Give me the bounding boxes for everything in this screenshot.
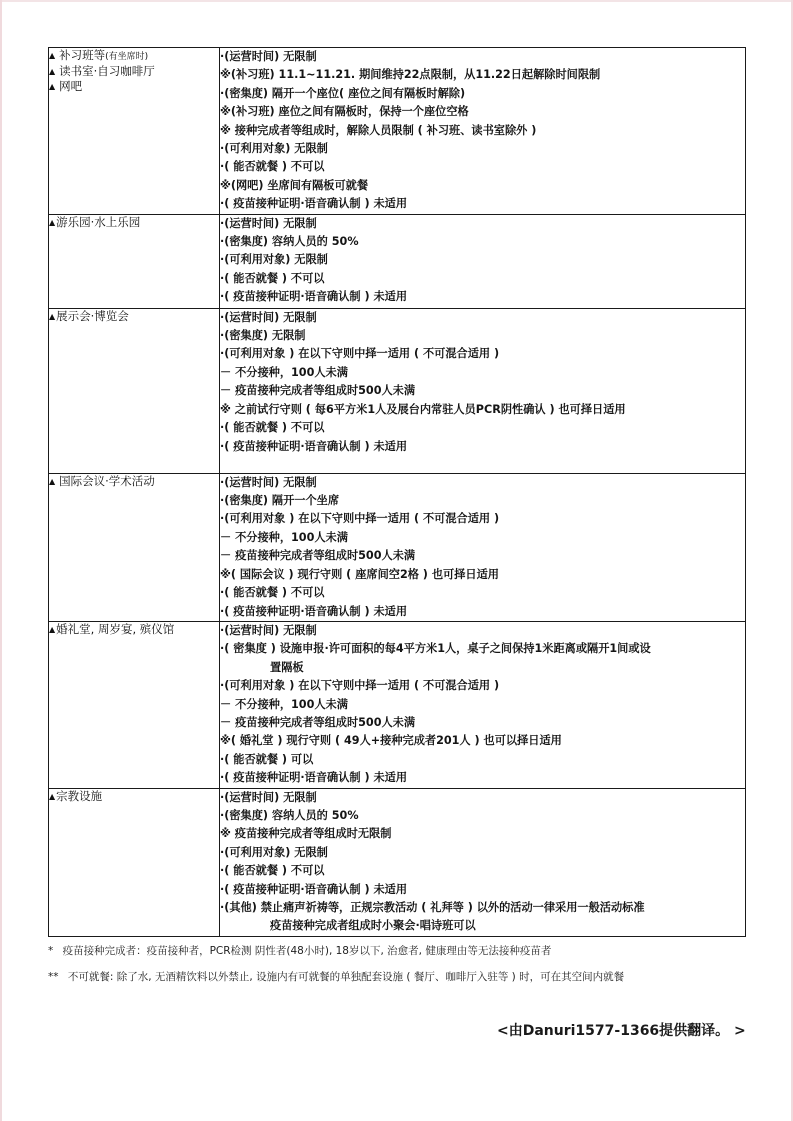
rules-cell: ·(运营时间) 无限制·(密集度) 隔开一个坐席·(可利用对象 ) 在以下守则中… (220, 473, 746, 621)
table-row: ▲补习班等(有坐席时)▲读书室·自习咖啡厅▲网吧·(运营时间) 无限制※(补习班… (49, 48, 746, 215)
rule-line: ·(密集度) 隔开一个坐席 (220, 492, 745, 510)
rule-line: ·( 疫苗接种证明·语音确认制 ) 未适用 (220, 288, 745, 306)
rules-cell: ·(运营时间) 无限制·( 密集度 ) 设施申报·许可面积的每4平方米1人，桌子… (220, 621, 746, 788)
facility-cell: ▲宗教设施 (49, 788, 220, 936)
rule-line: ※( 婚礼堂 ) 现行守则 ( 49人+接种完成者201人 ) 也可以择日适用 (220, 732, 745, 750)
facility-label: 读书室·自习咖啡厅 (59, 64, 155, 78)
rule-line: ·(运营时间) 无限制 (220, 48, 745, 66)
footnotes: * 疫苗接种完成者：疫苗接种者，PCR检测 阴性者(48小时), 18岁以下, … (48, 944, 748, 996)
rule-line: ※(补习班) 座位之间有隔板时，保持一个座位空格 (220, 103, 745, 121)
rule-line: ·(运营时间) 无限制 (220, 309, 745, 327)
facility-label: 补习班等 (59, 48, 105, 62)
rule-line: 置隔板 (220, 659, 745, 677)
table-body: ▲补习班等(有坐席时)▲读书室·自习咖啡厅▲网吧·(运营时间) 无限制※(补习班… (49, 48, 746, 937)
rule-line: ·(其他) 禁止痛声祈祷等，正规宗教活动 ( 礼拜等 ) 以外的活动一律采用一般… (220, 899, 745, 917)
rule-line: － 不分接种，100人未满 (220, 364, 745, 382)
facility-rules-table: ▲补习班等(有坐席时)▲读书室·自习咖啡厅▲网吧·(运营时间) 无限制※(补习班… (48, 47, 746, 937)
facility-cell: ▲婚礼堂, 周岁宴, 殡仪馆 (49, 621, 220, 788)
facility-name: ▲读书室·自习咖啡厅 (49, 64, 219, 79)
table-row: ▲国际会议·学术活动·(运营时间) 无限制·(密集度) 隔开一个坐席·(可利用对… (49, 473, 746, 621)
rule-line: ※( 国际会议 ) 现行守则 ( 座席间空2格 ) 也可择日适用 (220, 566, 745, 584)
facility-name: ▲补习班等(有坐席时) (49, 48, 219, 64)
rule-line: ·( 疫苗接种证明·语音确认制 ) 未适用 (220, 195, 745, 213)
footnote-no-dining-definition: ** 不可就餐: 除了水, 无酒精饮料以外禁止, 设施内有可就餐的单独配套设施 … (48, 970, 748, 984)
rule-line: ·(可利用对象) 无限制 (220, 140, 745, 158)
rule-line: ·(运营时间) 无限制 (220, 215, 745, 233)
rule-line: － 疫苗接种完成者等组成时500人未满 (220, 382, 745, 400)
facility-cell: ▲国际会议·学术活动 (49, 473, 220, 621)
facility-label: 婚礼堂, 周岁宴, 殡仪馆 (56, 622, 174, 636)
rule-line: ·( 能否就餐 ) 可以 (220, 751, 745, 769)
rule-line: ※(网吧) 坐席间有隔板可就餐 (220, 177, 745, 195)
facility-name: ▲网吧 (49, 79, 219, 94)
facility-name: ▲展示会·博览会 (49, 309, 219, 324)
rule-line: ·( 疫苗接种证明·语音确认制 ) 未适用 (220, 438, 745, 456)
rule-line: ※ 疫苗接种完成者等组成时无限制 (220, 825, 745, 843)
facility-name: ▲宗教设施 (49, 789, 219, 804)
rule-line: ·(运营时间) 无限制 (220, 789, 745, 807)
footnote-vaccinated-definition: * 疫苗接种完成者：疫苗接种者，PCR检测 阴性者(48小时), 18岁以下, … (48, 944, 748, 958)
triangle-bullet-icon: ▲ (49, 312, 55, 321)
facility-label: 宗教设施 (56, 789, 102, 803)
facility-cell: ▲游乐园·水上乐园 (49, 214, 220, 308)
rule-line: － 疫苗接种完成者等组成时500人未满 (220, 547, 745, 565)
rule-line: ·( 疫苗接种证明·语音确认制 ) 未适用 (220, 769, 745, 787)
rule-line: ·(密集度) 容纳人员的 50% (220, 233, 745, 251)
rule-line: ·( 能否就餐 ) 不可以 (220, 862, 745, 880)
table-row: ▲展示会·博览会·(运营时间) 无限制·(密集度) 无限制·(可利用对象 ) 在… (49, 308, 746, 473)
triangle-bullet-icon: ▲ (49, 625, 55, 634)
rule-line: ·(可利用对象 ) 在以下守则中择一适用 ( 不可混合适用 ) (220, 345, 745, 363)
table-row: ▲宗教设施·(运营时间) 无限制·(密集度) 容纳人员的 50%※ 疫苗接种完成… (49, 788, 746, 936)
triangle-bullet-icon: ▲ (49, 82, 55, 91)
rule-line: － 不分接种，100人未满 (220, 529, 745, 547)
facility-name: ▲游乐园·水上乐园 (49, 215, 219, 230)
rule-line: ※(补习班) 11.1~11.21. 期间维持22点限制，从11.22日起解除时… (220, 66, 745, 84)
rules-cell: ·(运营时间) 无限制※(补习班) 11.1~11.21. 期间维持22点限制，… (220, 48, 746, 215)
rule-line: ·(运营时间) 无限制 (220, 474, 745, 492)
rule-line: ·(密集度) 隔开一个座位( 座位之间有隔板时解除) (220, 85, 745, 103)
footnote-mark: * (48, 944, 53, 958)
rule-line: ·( 能否就餐 ) 不可以 (220, 419, 745, 437)
footnote-text: 不可就餐: 除了水, 无酒精饮料以外禁止, 设施内有可就餐的单独配套设施 ( 餐… (68, 971, 624, 983)
facility-cell: ▲补习班等(有坐席时)▲读书室·自习咖啡厅▲网吧 (49, 48, 220, 215)
triangle-bullet-icon: ▲ (49, 218, 55, 227)
rule-line: ·(可利用对象) 无限制 (220, 844, 745, 862)
rule-line: ·(可利用对象) 无限制 (220, 251, 745, 269)
facility-name: ▲国际会议·学术活动 (49, 474, 219, 489)
rule-line: ·(可利用对象 ) 在以下守则中择一适用 ( 不可混合适用 ) (220, 677, 745, 695)
footnote-text: 疫苗接种完成者：疫苗接种者，PCR检测 阴性者(48小时), 18岁以下, 治愈… (63, 945, 552, 957)
table-row: ▲游乐园·水上乐园·(运营时间) 无限制·(密集度) 容纳人员的 50%·(可利… (49, 214, 746, 308)
rules-cell: ·(运营时间) 无限制·(密集度) 容纳人员的 50%·(可利用对象) 无限制·… (220, 214, 746, 308)
triangle-bullet-icon: ▲ (49, 477, 55, 486)
page-edge-top (0, 0, 793, 2)
facility-cell: ▲展示会·博览会 (49, 308, 220, 473)
rule-line: ·(密集度) 容纳人员的 50% (220, 807, 745, 825)
rules-cell: ·(运营时间) 无限制·(密集度) 容纳人员的 50%※ 疫苗接种完成者等组成时… (220, 788, 746, 936)
rule-line: ※ 接种完成者等组成时，解除人员限制 ( 补习班、读书室除外 ) (220, 122, 745, 140)
triangle-bullet-icon: ▲ (49, 67, 55, 76)
rule-line: － 疫苗接种完成者等组成时500人未满 (220, 714, 745, 732)
facility-name: ▲婚礼堂, 周岁宴, 殡仪馆 (49, 622, 219, 637)
rule-line: ·( 能否就餐 ) 不可以 (220, 584, 745, 602)
rule-line: ·( 疫苗接种证明·语音确认制 ) 未适用 (220, 603, 745, 621)
facility-label: 网吧 (59, 79, 82, 93)
facility-label: 国际会议·学术活动 (59, 474, 155, 488)
rules-cell: ·(运营时间) 无限制·(密集度) 无限制·(可利用对象 ) 在以下守则中择一适… (220, 308, 746, 473)
table-row: ▲婚礼堂, 周岁宴, 殡仪馆·(运营时间) 无限制·( 密集度 ) 设施申报·许… (49, 621, 746, 788)
rule-line: ·(运营时间) 无限制 (220, 622, 745, 640)
rule-line: 疫苗接种完成者组成时小聚会·唱诗班可以 (220, 917, 745, 935)
triangle-bullet-icon: ▲ (49, 792, 55, 801)
rule-line: ·(密集度) 无限制 (220, 327, 745, 345)
rule-line: － 不分接种，100人未满 (220, 696, 745, 714)
rule-line: ·( 疫苗接种证明·语音确认制 ) 未适用 (220, 881, 745, 899)
translation-credit: <由Danuri1577-1366提供翻译。 > (497, 1020, 746, 1040)
page-edge-left (0, 0, 2, 1121)
facility-label: 展示会·博览会 (56, 309, 129, 323)
rule-line: ·(可利用对象 ) 在以下守则中择一适用 ( 不可混合适用 ) (220, 510, 745, 528)
facility-note: (有坐席时) (105, 52, 148, 62)
rule-line: ·( 能否就餐 ) 不可以 (220, 270, 745, 288)
footnote-mark: ** (48, 970, 59, 984)
rule-line: ·( 密集度 ) 设施申报·许可面积的每4平方米1人，桌子之间保持1米距离或隔开… (220, 640, 745, 658)
rule-line: ※ 之前试行守则 ( 每6平方米1人及展台内常驻人员PCR阴性确认 ) 也可择日… (220, 401, 745, 419)
triangle-bullet-icon: ▲ (49, 51, 55, 60)
facility-label: 游乐园·水上乐园 (56, 215, 140, 229)
rule-line: ·( 能否就餐 ) 不可以 (220, 158, 745, 176)
